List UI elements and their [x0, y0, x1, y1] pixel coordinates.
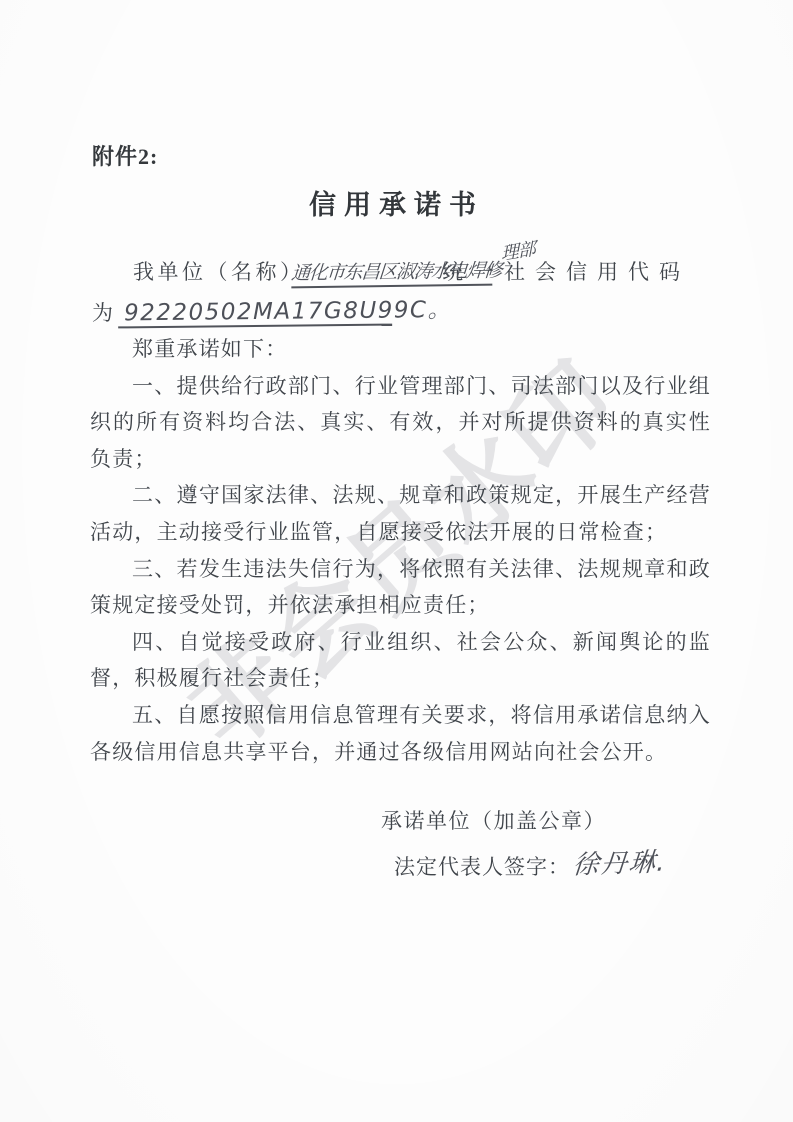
pledge-intro-line: 郑重承诺如下：	[90, 331, 711, 368]
intro-line-1: 我单位（名称） 通化市东昌区淑涛水电焊修理部 统一社会信用代码	[0, 251, 793, 291]
attachment-label: 附件2:	[92, 140, 158, 171]
document-title: 信用承诺书	[0, 183, 793, 222]
code-prefix-label: 为	[92, 293, 113, 327]
pledge-body: 郑重承诺如下： 一、提供给行政部门、行业管理部门、司法部门以及行业组织的所有资料…	[90, 331, 711, 770]
scanned-document-page: 非会员水印 附件2: 信用承诺书 我单位（名称） 通化市东昌区淑涛水电焊修理部 …	[0, 0, 793, 1122]
signer-name-handwritten: 徐丹琳.	[571, 841, 668, 881]
signature-unit-line: 承诺单位（加盖公章）	[381, 805, 606, 835]
signer-label: 法定代表人签字：	[394, 855, 570, 879]
company-name-raised-suffix: 理部	[500, 235, 535, 266]
pledge-item-2: 二、遵守国家法律、法规、规章和政策规定，开展生产经营活动，主动接受行业监管，自愿…	[90, 477, 711, 550]
signature-signer-line: 法定代表人签字：徐丹琳.	[394, 845, 667, 882]
intro-line-2: 为92220502MA17G8U99C。	[92, 293, 392, 333]
pledge-item-4: 四、自觉接受政府、行业组织、社会公众、新闻舆论的监督，积极履行社会责任；	[90, 624, 711, 697]
credit-code-handwritten: 92220502MA17G8U99C。	[118, 292, 392, 329]
company-name-handwritten-blank: 通化市东昌区淑涛水电焊修理部	[291, 236, 493, 289]
company-name-handwritten: 通化市东昌区淑涛水电焊修	[290, 257, 502, 286]
pledge-item-3: 三、若发生违法失信行为，将依照有关法律、法规规章和政策规定接受处罚，并依法承担相…	[90, 551, 711, 624]
pledge-item-5: 五、自愿按照信用信息管理有关要求，将信用承诺信息纳入各级信用信息共享平台，并通过…	[90, 697, 711, 770]
unit-name-label: 我单位（名称）	[133, 256, 305, 286]
pledge-item-1: 一、提供给行政部门、行业管理部门、司法部门以及行业组织的所有资料均合法、真实、有…	[90, 368, 711, 478]
